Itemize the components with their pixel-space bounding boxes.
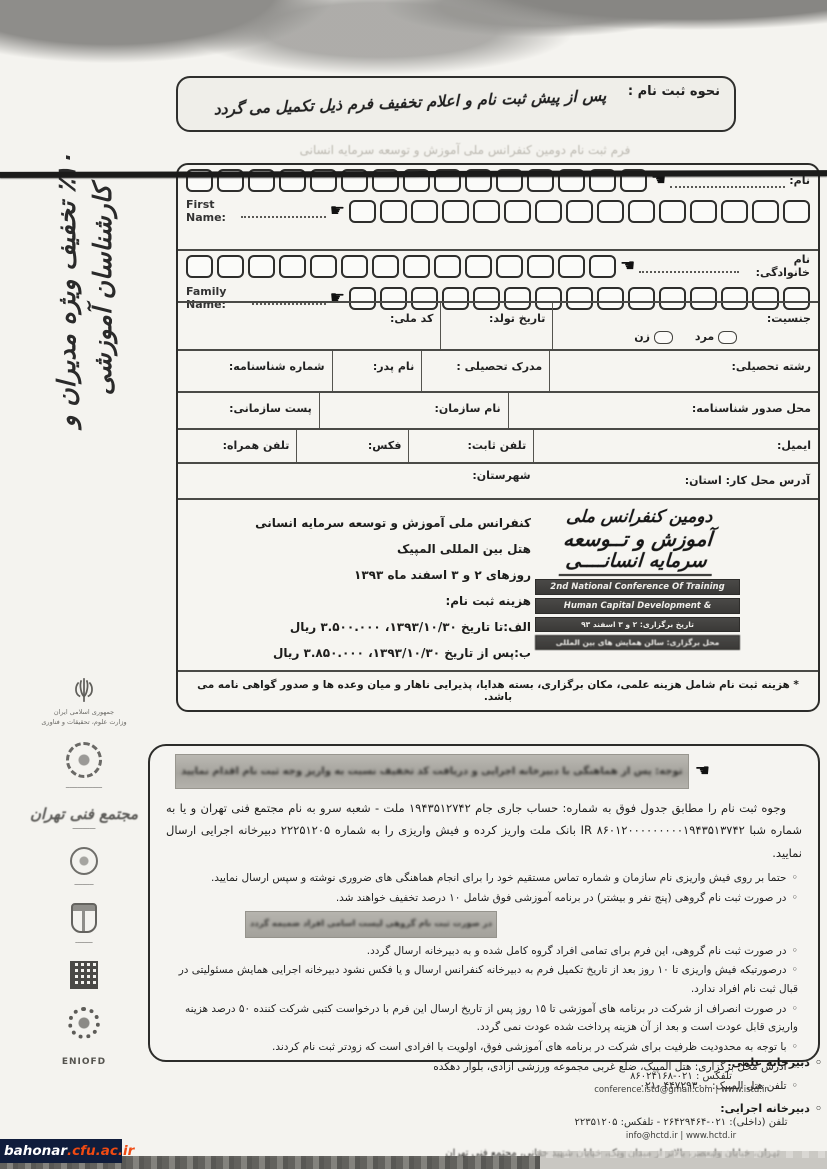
education-row: رشته تحصیلی: مدرک تحصیلی : نام پدر: شمار… (178, 349, 818, 391)
char-box (341, 255, 368, 278)
note-bullet: در صورت ثبت نام گروهی (پنج نفر و بیشتر) … (166, 888, 802, 908)
conference-logo-date-bar: تاریخ برگزاری: ۲ و ۳ اسفند ۹۳ (535, 617, 740, 632)
organization-name-cell: نام سازمان: (319, 393, 508, 429)
contact-row: ایمیل: تلفن ثابت: فکس: تلفن همراه: (178, 428, 818, 462)
sun-seal-icon (68, 1007, 100, 1039)
conference-logo-fa-line3: سرمایه انسانــــی (559, 550, 714, 576)
char-box (380, 200, 407, 223)
first-name-dotted-line (241, 204, 326, 218)
scientific-secretariat-phone: تلفکس : ۰۲۱-۸۶۰۲۴۱۶۸ (540, 1069, 822, 1084)
scientific-secretariat-links: conference.istd@gmail.com | www.istd.ir (540, 1084, 822, 1097)
round-seal-logo: ــــــــــ (28, 847, 140, 889)
male-checkbox (718, 331, 737, 344)
char-box (783, 200, 810, 223)
iran-ministry-caption2: وزارت علوم، تحقیقات و فناوری (28, 718, 140, 728)
faint-form-title: فرم ثبت نام دومین کنفرانس ملی آموزش و تو… (210, 143, 720, 157)
char-box (217, 255, 244, 278)
char-box (504, 200, 531, 223)
char-box (434, 255, 461, 278)
association-logo: ـــــــــــــــــــ (28, 742, 140, 792)
iran-ministry-logo: جمهوری اسلامی ایران وزارت علوم، تحقیقات … (28, 676, 140, 728)
char-box (442, 200, 469, 223)
mobile-cell: تلفن همراه: (178, 430, 296, 462)
site-watermark: bahonar.cfu.ac.ir (0, 1139, 122, 1163)
registration-form-table: نام: ☚ First Name: ☛ نام خانوادگی: ☚ Fa (176, 163, 820, 712)
char-box (473, 200, 500, 223)
eniofd-wordmark: ENIOFD (28, 1057, 140, 1067)
conference-logo-place-bar: محل برگزاری: سالن همایش های بین المللی (535, 635, 740, 650)
family-dotted-line (639, 259, 738, 273)
work-address-label: آدرس محل کار: استان: (685, 474, 810, 487)
char-box (465, 255, 492, 278)
email-cell: ایمیل: (533, 430, 818, 462)
char-box (186, 255, 213, 278)
conference-logo-fa-line1: دومین کنفرانس ملی (536, 508, 742, 528)
payment-instructions-box: ☚ توجه: پس از هماهنگی با دبیرخانه اجرایی… (148, 744, 820, 1062)
scanned-registration-form-page: ٪۱۰ تخفیف ویژه مدیران و کارشناسان آموزشی… (0, 0, 827, 1169)
pointing-hand-icon: ☛ (330, 203, 345, 220)
pointing-hand-icon: ☚ (620, 258, 635, 275)
degree-label: مدرک تحصیلی : (456, 360, 542, 373)
discount-note-line2: کارشناسان آموزشی (85, 95, 121, 485)
scientific-secretariat-title: دبیرخانه علمی: (540, 1056, 822, 1069)
field-of-study-label: رشته تحصیلی: (731, 360, 811, 373)
note-bullet: در صورت انصراف از شرکت در برنامه های آمو… (166, 999, 802, 1037)
fee-includes-note: * هزینه ثبت نام شامل هزینه علمی، مکان بر… (178, 679, 818, 703)
tehran-institute-caption: ــــــــــــ (28, 823, 140, 833)
char-box (597, 200, 624, 223)
round-seal-caption: ــــــــــ (28, 879, 140, 889)
gender-cell: جنسیت: مرد زن (552, 303, 818, 349)
note-bullet: با توجه به محدودیت ظرفیت برای شرکت در بر… (166, 1037, 802, 1057)
registration-method-handwritten-text: پس از پیش ثبت نام و اعلام تخفیف فرم ذیل … (192, 83, 720, 119)
organization-post-label: پست سازمانی: (229, 402, 312, 415)
executive-secretariat-phone: تلفن (داخلی): ۰۲۱-۲۶۴۲۹۴۶۴ - تلفکس: ۲۲۳۵… (540, 1115, 822, 1130)
qr-code-logo (28, 961, 140, 993)
first-name-label: First Name: (186, 198, 237, 224)
mobile-label: تلفن همراه: (223, 439, 290, 452)
char-box (403, 255, 430, 278)
char-box (721, 200, 748, 223)
char-box (527, 255, 554, 278)
gender-female-option: زن (634, 330, 673, 344)
eniofd-logo: ENIOFD (28, 1057, 140, 1067)
name-row: نام: ☚ First Name: ☛ (178, 165, 818, 249)
gear-emblem-icon (66, 742, 102, 778)
organization-row: محل صدور شناسنامه: نام سازمان: پست سازما… (178, 391, 818, 429)
id-number-label: شماره شناسنامه: (229, 360, 325, 373)
executive-secretariat-title: دبیرخانه اجرایی: (540, 1102, 822, 1115)
watermark-orange-part: .cfu.ac.ir (67, 1143, 134, 1159)
email-label: ایمیل: (777, 439, 811, 452)
highlighted-group-note-text: در صورت ثبت نام گروهی لیست اسامی افراد ض… (250, 919, 492, 930)
crest-logo: ـــــــــ (28, 903, 140, 947)
field-of-study-cell: رشته تحصیلی: (549, 351, 818, 391)
iran-ministry-caption1: جمهوری اسلامی ایران (28, 708, 140, 718)
landline-label: تلفن ثابت: (468, 439, 527, 452)
gender-label: جنسیت: (767, 312, 811, 325)
pointing-hand-icon: ☚ (695, 763, 710, 780)
executive-secretariat-links: info@hctd.ir | www.hctd.ir (540, 1130, 822, 1143)
work-address-row: آدرس محل کار: استان: شهرستان: (178, 462, 818, 498)
landline-cell: تلفن ثابت: (408, 430, 533, 462)
national-code-cell: کد ملی: (178, 303, 440, 349)
family-name-label: نام خانوادگی: (743, 253, 810, 279)
conference-venue-line: هتل بین المللی المپیک (208, 536, 531, 562)
char-box (659, 200, 686, 223)
char-box (558, 255, 585, 278)
fee-note-row: * هزینه ثبت نام شامل هزینه علمی، مکان بر… (178, 670, 818, 710)
highlighted-instruction-text: توجه: پس از هماهنگی با دبیرخانه اجرایی و… (181, 765, 682, 778)
conference-dates-line: روزهای ۲ و ۳ اسفند ماه ۱۳۹۳ (208, 562, 531, 588)
char-box (690, 200, 717, 223)
name-line-en: First Name: ☛ (186, 198, 810, 224)
crest-caption: ـــــــــ (28, 937, 140, 947)
issue-place-cell: محل صدور شناسنامه: (508, 393, 818, 429)
fee-option-a: الف:تا تاریخ ۱۳۹۳/۱۰/۳۰، ۳.۵۰۰.۰۰۰ ریال (208, 614, 531, 640)
organization-post-cell: پست سازمانی: (178, 393, 319, 429)
iran-emblem-icon (71, 676, 97, 708)
gender-male-option: مرد (695, 330, 737, 344)
watermark-white-part: bahonar (4, 1143, 67, 1159)
family-name-row: نام خانوادگی: ☚ Family Name: ☛ (178, 249, 818, 301)
note-bullet: حتما بر روی فیش واریزی نام سازمان و شمار… (166, 868, 802, 888)
char-box (248, 255, 275, 278)
fax-label: فکس: (368, 439, 402, 452)
association-caption: ـــــــــــــــــــ (28, 782, 140, 792)
char-box (372, 255, 399, 278)
conference-logo-en-bar2: & Human Capital Development (535, 598, 740, 614)
crest-icon (71, 903, 97, 933)
birth-date-label: تاریخ تولد: (489, 312, 545, 325)
sun-seal-logo (28, 1007, 140, 1043)
highlighted-instruction-bar: توجه: پس از هماهنگی با دبیرخانه اجرایی و… (175, 754, 689, 789)
organization-name-label: نام سازمان: (434, 402, 500, 415)
secretariat-contacts: دبیرخانه علمی: تلفکس : ۰۲۱-۸۶۰۲۴۱۶۸ conf… (540, 1056, 822, 1143)
degree-cell: مدرک تحصیلی : (421, 351, 549, 391)
registration-fee-heading: هزینه ثبت نام: (208, 588, 531, 614)
char-box (628, 200, 655, 223)
family-char-boxes (186, 255, 616, 278)
organization-logo-column: جمهوری اسلامی ایران وزارت علوم، تحقیقات … (28, 676, 140, 1081)
conference-logo: دومین کنفرانس ملی آموزش و تــوسعه سرمایه… (535, 500, 740, 671)
tehran-institute-calligraphy: مجتمع فنی تهران (28, 805, 140, 823)
char-box (349, 200, 376, 223)
conference-info-row: دومین کنفرانس ملی آموزش و تــوسعه سرمایه… (178, 498, 818, 671)
round-seal-icon (70, 847, 98, 875)
char-box (752, 200, 779, 223)
issue-place-label: محل صدور شناسنامه: (692, 402, 811, 415)
char-box (310, 255, 337, 278)
fax-cell: فکس: (296, 430, 408, 462)
note-bullet: درصورتیکه فیش واریزی تا ۱۰ روز بعد از تا… (166, 960, 802, 998)
id-number-cell: شماره شناسنامه: (178, 351, 332, 391)
char-box (535, 200, 562, 223)
payment-paragraph: وجوه ثبت نام را مطابق جدول فوق به شماره:… (166, 797, 802, 864)
discount-note-line1: ٪۱۰ تخفیف ویژه مدیران و (49, 95, 85, 485)
female-checkbox (654, 331, 673, 344)
margin-handwritten-discount-note: ٪۱۰ تخفیف ویژه مدیران و کارشناسان آموزشی (49, 95, 141, 485)
char-box (566, 200, 593, 223)
qr-code-icon (70, 961, 98, 989)
conference-title-line: کنفرانس ملی آموزش و توسعه سرمایه انسانی (208, 510, 531, 536)
conference-details: کنفرانس ملی آموزش و توسعه سرمایه انسانی … (178, 500, 535, 671)
national-code-label: کد ملی: (390, 312, 433, 325)
char-box (411, 200, 438, 223)
conference-logo-fa-line2: آموزش و تــوسعه (534, 527, 741, 550)
registration-method-box: نحوه ثبت نام : پس از پیش ثبت نام و اعلام… (176, 76, 736, 132)
gender-birth-code-row: جنسیت: مرد زن تاریخ تولد: کد ملی: (178, 301, 818, 349)
city-label: شهرستان: (472, 469, 530, 482)
conference-logo-en-bar1: 2nd National Conference Of Training (535, 579, 740, 595)
char-box (279, 255, 306, 278)
char-box (589, 255, 616, 278)
birth-date-cell: تاریخ تولد: (440, 303, 552, 349)
char-box (496, 255, 523, 278)
highlighted-group-note-bar: در صورت ثبت نام گروهی لیست اسامی افراد ض… (245, 911, 497, 938)
father-name-label: نام پدر: (373, 360, 414, 373)
first-name-char-boxes (349, 200, 810, 223)
father-name-cell: نام پدر: (332, 351, 422, 391)
tehran-institute-logo: مجتمع فنی تهران ــــــــــــ (28, 805, 140, 833)
fee-option-b: ب:پس از تاریخ ۱۳۹۳/۱۰/۳۰، ۳.۸۵۰.۰۰۰ ریال (208, 640, 531, 666)
family-line-fa: نام خانوادگی: ☚ (186, 253, 810, 279)
note-bullet: در صورت ثبت نام گروهی، این فرم برای تمام… (166, 941, 802, 961)
